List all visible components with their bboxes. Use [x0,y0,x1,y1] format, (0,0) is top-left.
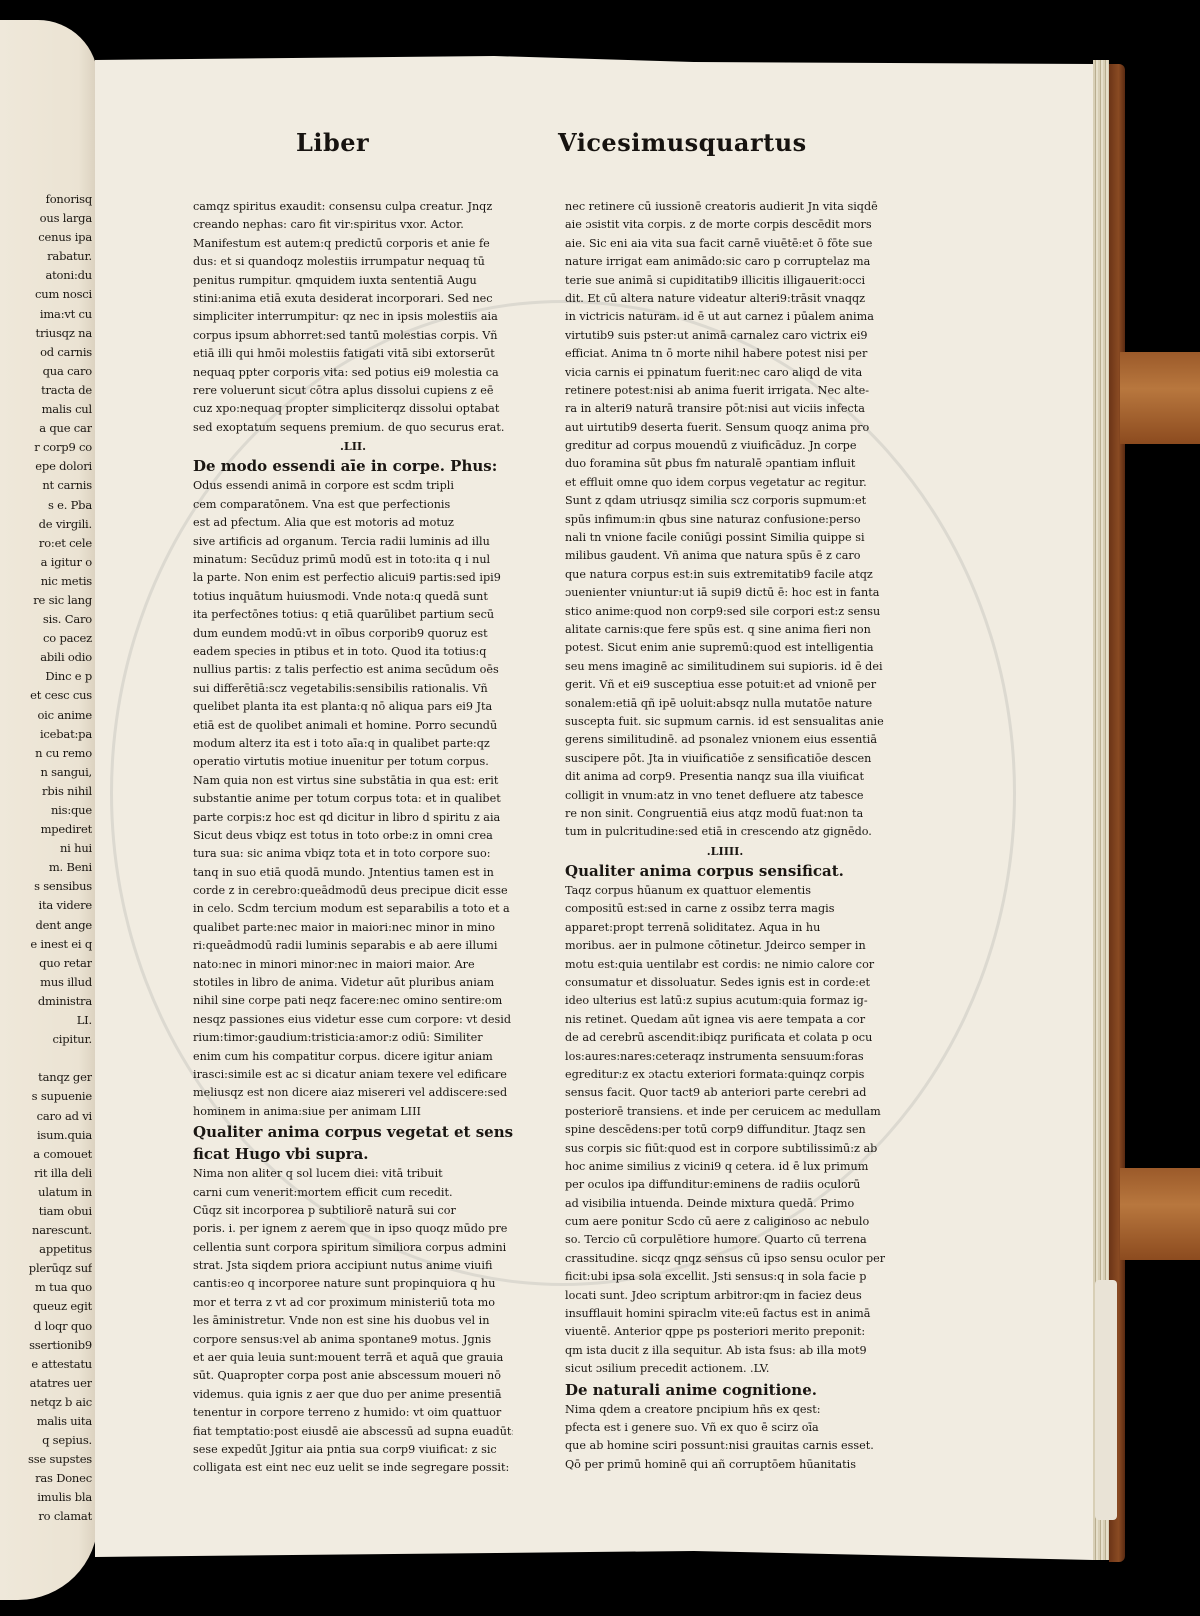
text-line: que natura corpus est:in suis extremitat… [565,566,885,584]
text-line: de ad cerebrū ascendit:ibiqz purificata … [565,1029,885,1047]
text-line: colligata est eint nec euz uelit se inde… [193,1459,513,1477]
text-line: s supuenie [0,1087,92,1106]
text-line: d loqr quo [0,1317,92,1336]
text-line: duo foramina sūt ꝑbus fm naturalē ɔpanti… [565,455,885,473]
text-line: hominem in anima:siue per animam LIII [193,1103,513,1121]
text-line: triusqz na [0,324,92,343]
text-line: rabatur. [0,247,92,266]
text-line: et cesc cus [0,686,92,705]
text-line: camqz spiritus exaudit: consensu culpa c… [193,198,513,216]
text-line: la parte. Non enim est perfectio alicui9… [193,569,513,587]
text-line: est ad pfectum. Alia que est motoris ad … [193,514,513,532]
text-line: re sic lang [0,591,92,610]
text-line: e inest ei q [0,935,92,954]
text-line: alitate carnis:que fere spūs est. q sine… [565,621,885,639]
text-line: nature irrigat eam animādo:sic caro p co… [565,253,885,271]
chapter-heading: De naturali anime cognitione. [565,1379,885,1401]
text-line: dit. Et cū altera nature videatur alteri… [565,290,885,308]
text-line: Qō per primū hominē qui añ corruptōem hū… [565,1456,885,1474]
text-line: Nam quia non est virtus sine substātia i… [193,772,513,790]
text-line: de virgili. [0,515,92,534]
text-line: ɔuenienter vniuntur:ut iā supi9 dictū ē:… [565,584,885,602]
text-line: ad visibilia intuenda. Deinde mixtura qu… [565,1195,885,1213]
text-line: oic anime [0,706,92,725]
text-line: malis uita [0,1412,92,1431]
text-line: s sensibus [0,877,92,896]
text-line: ima:vt cu [0,305,92,324]
text-line: malis cul [0,400,92,419]
text-line: tracta de [0,381,92,400]
text-line: m. Beni [0,858,92,877]
text-line: n cu remo [0,744,92,763]
text-line: tiam obui [0,1202,92,1221]
text-line: tenentur in corpore terreno z humido: vt… [193,1404,513,1422]
text-line: sed exoptatum sequens premium. de quo se… [193,419,513,437]
text-line: stini:anima etiā exuta desiderat incorpo… [193,290,513,308]
text-line: locati sunt. Jdeo scriptum arbitror:qm i… [565,1287,885,1305]
text-line: a comouet [0,1145,92,1164]
text-line: LI. [0,1011,92,1030]
text-line: sūt. Quapropter corpa post anie abscessu… [193,1367,513,1385]
text-line: sive artificis ad organum. Tercia radii … [193,533,513,551]
text-line: que ab homine sciri possunt:nisi grauita… [565,1437,885,1455]
text-line: gerit. Vñ et ei9 susceptiua esse potuit:… [565,676,885,694]
text-line: Cūqz sit incorporea p subtiliorē naturā … [193,1202,513,1220]
text-line: efficiat. Anima tn ō morte nihil habere … [565,345,885,363]
paper-bookmark-tab [1095,1280,1117,1520]
text-line: penitus rumpitur. qmquidem iuxta sentent… [193,272,513,290]
text-line: Sicut deus vbiqz est totus in toto orbe:… [193,827,513,845]
text-line: isum.quia [0,1126,92,1145]
text-line: modum alterz ita est i toto aīa:q in qua… [193,735,513,753]
text-line: Nima non aliter q sol lucem diei: vitā t… [193,1165,513,1183]
text-line: ri:queādmodū radii luminis separabis e a… [193,937,513,955]
text-line: in victricis naturam. id ē ut aut carnez… [565,308,885,326]
text-line: narescunt. [0,1221,92,1240]
text-line: aut uirtutib9 deserta fuerit. Sensum quo… [565,419,885,437]
text-line: cantis:eo q incorporee nature sunt propi… [193,1275,513,1293]
text-line: rere voluerunt sicut cōtra aplus dissolu… [193,382,513,400]
text-line: creando nephas: caro fit vir:spiritus vx… [193,216,513,234]
text-line: dit anima ad corp9. Presentia nanqz sua … [565,768,885,786]
text-line: cellentia sunt corpora spiritum similior… [193,1239,513,1257]
text-line: Taqz corpus hūanum ex quattuor elementis [565,882,885,900]
text-line: sicut ɔsilium precedit actionem. .LV. [565,1360,885,1378]
text-line: spine descēdens:per totū corp9 diffundit… [565,1121,885,1139]
text-line: ita videre [0,896,92,915]
text-line: substantie anime per totum corpus tota: … [193,790,513,808]
leather-clasp-strap-bottom [1120,1168,1200,1260]
text-line: aie ɔsistit vita corpis. z de morte corp… [565,216,885,234]
text-line: e attestatu [0,1355,92,1374]
text-line: nullius partis: z talis perfectio est an… [193,661,513,679]
leather-clasp-strap-top [1120,352,1200,444]
text-line: les āministretur. Vnde non est sine his … [193,1312,513,1330]
text-line: nequaq ppter corporis vita: sed potius e… [193,364,513,382]
text-line: motu est:quia uentilabr est cordis: ne n… [565,956,885,974]
text-line: Odus essendi animā in corpore est scdm t… [193,477,513,495]
text-line: re non sinit. Congruentiā eius atqz modū… [565,805,885,823]
text-line: qua caro [0,362,92,381]
text-line: quelibet planta ita est planta:q nō aliq… [193,698,513,716]
text-line: sonalem:etiā qñ ipē uoluit:absqz nulla m… [565,695,885,713]
text-line: fonorisq [0,190,92,209]
text-line [0,1049,92,1068]
text-line: Sunt z qdam utriusqz similia scz corpori… [565,492,885,510]
text-line: abili odio [0,648,92,667]
text-line: ficit:ubi ipsa sola excellit. Jsti sensu… [565,1268,885,1286]
text-line: cum nosci [0,285,92,304]
left-page-text-fragment: fonorisqous largacenus iparabatur.atoni:… [0,190,92,1527]
text-line: tanq in suo etiā quodā mundo. Jntentius … [193,864,513,882]
text-line: poris. i. per ignem z aerem que in ipso … [193,1220,513,1238]
text-line: netqz b aic [0,1393,92,1412]
text-line: Manifestum est autem:q predictū corporis… [193,235,513,253]
text-line: los:aures:nares:ceteraqz instrumenta sen… [565,1048,885,1066]
text-line: m tua quo [0,1278,92,1297]
text-column-right: nec retinere cū iussionē creatoris audie… [565,198,885,1474]
text-line: sese expedūt Jgitur aia pntia sua corp9 … [193,1441,513,1459]
text-line: terie sue animā si cupiditatib9 illiciti… [565,272,885,290]
text-line: ro:et cele [0,534,92,553]
text-line: ita perfectōnes totius: q etiā quarūlibe… [193,606,513,624]
text-line: eadem species in ptibus et in toto. Quod… [193,643,513,661]
text-line: s e. Pba [0,496,92,515]
text-line: ideo ulterius est latū:z supius acutum:q… [565,992,885,1010]
text-line: apparet:propt terrenā soliditatez. Aqua … [565,919,885,937]
text-line: r corp9 co [0,438,92,457]
text-line: epe dolori [0,457,92,476]
text-line: hoc anime similius z vicini9 q cetera. i… [565,1158,885,1176]
text-line: stotiles in libro de anima. Videtur aūt … [193,974,513,992]
text-line: ous larga [0,209,92,228]
text-line: nihil sine corpe pati neqz facere:nec om… [193,992,513,1010]
text-line: insufflauit homini spiraclm vite:eū fact… [565,1305,885,1323]
text-line: ras Donec [0,1469,92,1488]
text-line: so. Tercio cū corpulētiore humore. Quart… [565,1231,885,1249]
text-line: qualibet parte:nec maior in maiori:nec m… [193,919,513,937]
text-line: dum eundem modū:vt in oībus corporib9 qu… [193,625,513,643]
text-line: totius inquātum huiusmodi. Vnde nota:q q… [193,588,513,606]
text-line: cum aere ponitur Scdo cū aere z caligino… [565,1213,885,1231]
text-line: a igitur o [0,553,92,572]
text-line: crassitudine. sicqz qnqz sensus cū ipso … [565,1250,885,1268]
text-line: cem comparatōnem. Vna est que perfection… [193,496,513,514]
text-line: ra in alteri9 naturā transire pōt:nisi a… [565,400,885,418]
text-line: tum in pulcritudine:sed etiā in crescend… [565,823,885,841]
text-line: operatio virtutis motiue inuenitur per t… [193,753,513,771]
text-line: meliusqz est non dicere aiaz misereri ve… [193,1084,513,1102]
text-line: qm ista ducit z illa sequitur. Ab ista f… [565,1342,885,1360]
text-line: atoni:du [0,266,92,285]
text-line: suscepta fuit. sic supmum carnis. id est… [565,713,885,731]
text-line: a que car [0,419,92,438]
text-line: et aer quia leuia sunt:mouent terrā et a… [193,1349,513,1367]
text-line: Nima qdem a creatore pncipium hñs ex qes… [565,1401,885,1419]
text-line: rit illa deli [0,1164,92,1183]
text-line: virtutib9 suis pster:ut animā carnalez c… [565,327,885,345]
text-line: mus illud [0,973,92,992]
chapter-heading: Qualiter anima corpus vegetat et sensi- [193,1121,513,1143]
text-line: imulis bla [0,1488,92,1507]
chapter-heading: Qualiter anima corpus sensificat. [565,860,885,882]
left-page-verso: fonorisqous largacenus iparabatur.atoni:… [0,20,98,1600]
text-line: et effluit omne quo idem corpus vegetatu… [565,474,885,492]
text-line: dministra [0,992,92,1011]
text-line: corde z in cerebro:queādmodū deus precip… [193,882,513,900]
text-line: corpore sensus:vel ab anima spontane9 mo… [193,1331,513,1349]
text-line: ssertionib9 [0,1336,92,1355]
text-line: strat. Jsta siqdem priora accipiunt nutu… [193,1257,513,1275]
text-line: posteriorē transiens. et inde per ceruic… [565,1103,885,1121]
text-line: suscipere pōt. Jta in viuificatiōe z sen… [565,750,885,768]
text-line: dent ange [0,916,92,935]
text-line: viuentē. Anterior qppe ps posteriori mer… [565,1323,885,1341]
text-line: nesqz passiones eius videtur esse cum co… [193,1011,513,1029]
text-line: ulatum in [0,1183,92,1202]
text-line: etiā illi qui hmōi molestiis fatigati vi… [193,345,513,363]
text-line: potest. Sicut enim anie supremū:quod est… [565,639,885,657]
text-line: sensus facit. Quor tact9 ab anteriori pa… [565,1084,885,1102]
text-line: fiat temptatio:post eiusdē aie abscessū … [193,1423,513,1441]
chapter-number: .LIIII. [565,842,885,860]
text-line: corpus ipsum abhorret:sed tantū molestia… [193,327,513,345]
text-line: moribus. aer in pulmone cōtinetur. Jdeir… [565,937,885,955]
text-line: consumatur et dissoluatur. Sedes ignis e… [565,974,885,992]
text-line: appetitus [0,1240,92,1259]
running-head-right: Vicesimusquartus [558,128,807,157]
text-line: quo retar [0,954,92,973]
text-line: cenus ipa [0,228,92,247]
text-line: n sangui, [0,763,92,782]
text-line: nic metis [0,572,92,591]
text-line: nt carnis [0,476,92,495]
text-line: nis:que [0,801,92,820]
text-line: milibus gaudent. Vñ anima que natura spū… [565,547,885,565]
text-line: nali tn vnione facile coniūgi possint Si… [565,529,885,547]
text-line: cipitur. [0,1030,92,1049]
text-line: sis. Caro [0,610,92,629]
text-line: ro clamat [0,1507,92,1526]
text-line: etiā est de quolibet animali et homine. … [193,717,513,735]
text-line: stico anime:quod non corp9:sed sile corp… [565,603,885,621]
text-line: videmus. quia ignis z aer que duo per an… [193,1386,513,1404]
text-line: nis retinet. Quedam aūt ignea vis aere t… [565,1011,885,1029]
text-line: greditur ad corpus mouendū z viuificāduz… [565,437,885,455]
text-column-left: camqz spiritus exaudit: consensu culpa c… [193,198,513,1478]
text-line: retinere potest:nisi ab anima fuerit irr… [565,382,885,400]
text-line: cuz xpo:nequaq propter simpliciterqz dis… [193,400,513,418]
text-line: pfecta est i genere suo. Vñ ex quo ē sci… [565,1419,885,1437]
text-line: mor et terra z vt ad cor proximum minist… [193,1294,513,1312]
text-line: q sepius. [0,1431,92,1450]
text-line: minatum: Secūduz primū modū est in toto:… [193,551,513,569]
text-line: od carnis [0,343,92,362]
text-line: nec retinere cū iussionē creatoris audie… [565,198,885,216]
text-line: sui differētiā:scz vegetabilis:sensibili… [193,680,513,698]
text-line: gerens similitudinē. ad psonalez vnionem… [565,731,885,749]
text-line: enim cum his compatitur corpus. dicere i… [193,1048,513,1066]
text-line: queuz egit [0,1297,92,1316]
text-line: sus corpis sic fiūt:quod est in corpore … [565,1140,885,1158]
text-line: rbis nihil [0,782,92,801]
text-line: aie. Sic eni aia vita sua facit carnē vi… [565,235,885,253]
text-line: dus: et si quandoqz molestiis irrumpatur… [193,253,513,271]
text-line: seu mens imaginē ac similitudinem sui su… [565,658,885,676]
chapter-heading: ficat Hugo vbi supra. [193,1143,513,1165]
text-line: sse supstes [0,1450,92,1469]
text-line: plerūqz suf [0,1259,92,1278]
text-line: carni cum venerit:mortem efficit cum rec… [193,1184,513,1202]
text-line: Dinc e p [0,667,92,686]
text-line: co pacez [0,629,92,648]
text-line: parte corpis:z hoc est qd dicitur in lib… [193,809,513,827]
text-line: nato:nec in minori minor:nec in maiori m… [193,956,513,974]
text-line: simpliciter interrumpitur: qz nec in ips… [193,308,513,326]
text-line: rium:timor:gaudium:tristicia:amor:z odiū… [193,1029,513,1047]
text-line: spūs infimum:in qbus sine naturaz confus… [565,511,885,529]
text-line: caro ad vi [0,1107,92,1126]
text-line: tanqz ger [0,1068,92,1087]
text-line: vicia carnis ei ppinatum fuerit:nec caro… [565,364,885,382]
text-line: per oculos ipa diffunditur:eminens de ra… [565,1176,885,1194]
text-line: mpediret [0,820,92,839]
text-line: colligit in vnum:atz in vno tenet deflue… [565,787,885,805]
running-head-left: Liber [296,128,369,157]
text-line: in celo. Scdm tercium modum est separabi… [193,900,513,918]
text-line: compositū est:sed in carne z ossibz terr… [565,900,885,918]
text-line: ni hui [0,839,92,858]
text-line: tura sua: sic anima vbiqz tota et in tot… [193,845,513,863]
text-line: irasci:simile est ac si dicatur aniam te… [193,1066,513,1084]
text-line: atatres uer [0,1374,92,1393]
text-line: icebat:pa [0,725,92,744]
chapter-number: .LII. [193,437,513,455]
chapter-heading: De modo essendi aīe in corpe. Phus: [193,455,513,477]
text-line: egreditur:z ex ɔtactu exteriori formata:… [565,1066,885,1084]
